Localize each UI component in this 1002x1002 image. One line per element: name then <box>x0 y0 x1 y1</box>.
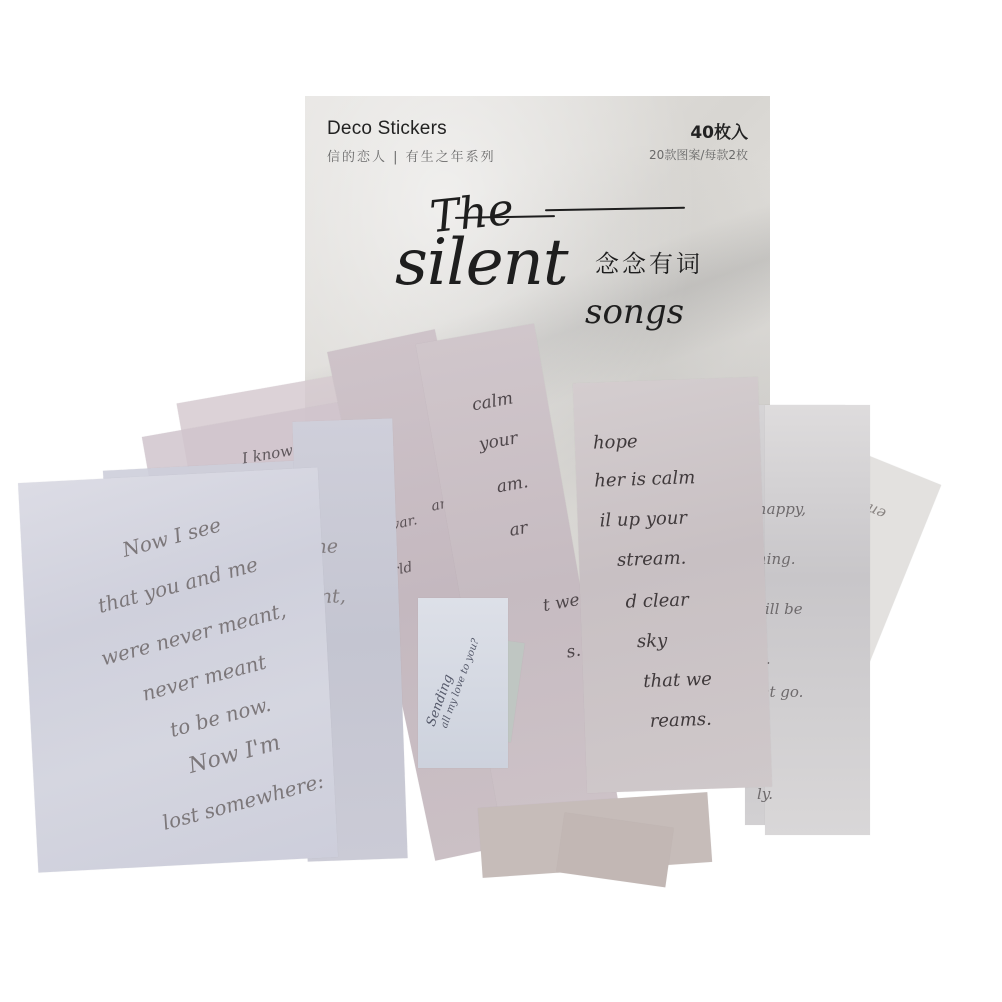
sticker-text: Now I see <box>120 512 224 561</box>
sticker-text: d clear <box>625 589 689 612</box>
package-title: Deco Stickers <box>327 118 447 140</box>
sticker-text: your <box>477 428 519 454</box>
sticker-text: reams. <box>649 709 712 732</box>
script-songs: songs <box>585 292 684 332</box>
sticker-text: stream. <box>617 548 687 571</box>
sticker-text: sky <box>637 630 668 652</box>
sticker-text: s. <box>565 641 582 663</box>
product-photo: Deco Stickers 信的恋人 | 有生之年系列 40枚入 20款图案/每… <box>0 0 1002 1002</box>
package-count-detail: 20款图案/每款2枚 <box>649 146 748 163</box>
script-silent: silent <box>395 226 568 300</box>
sticker-text: hope <box>593 431 638 454</box>
package-subtitle: 信的恋人 | 有生之年系列 <box>327 146 496 165</box>
script-flourish <box>545 207 685 211</box>
sticker-text: ly. <box>757 785 773 803</box>
sticker-text: Now I'm <box>186 730 283 778</box>
sticker-text: ar <box>508 518 529 541</box>
package-count: 40枚入 <box>690 118 748 143</box>
sticker-sheet-front-left: Now I see that you and me were never mea… <box>18 467 338 872</box>
sticker-small-card: Sending all my love to you? <box>418 598 508 768</box>
sticker-text: happy, <box>757 500 806 518</box>
sticker-text: am. <box>495 472 530 497</box>
sticker-text: that you and me <box>95 552 260 618</box>
sticker-text: calm <box>470 388 514 415</box>
sticker-text: that we <box>643 669 712 692</box>
sticker-sheet-right: happy, hing. ill be e. t let go. ly. <box>765 405 870 835</box>
sticker-text: ill be <box>765 600 803 618</box>
sticker-text: her is calm <box>594 467 696 492</box>
script-chinese: 念念有词 <box>595 244 703 279</box>
sticker-text: t we <box>541 590 581 616</box>
sticker-text: lost somewhere: <box>160 769 327 835</box>
sticker-text: il up your <box>599 507 687 531</box>
sticker-sheet-center-right: hope her is calm il up your stream. d cl… <box>573 377 772 793</box>
